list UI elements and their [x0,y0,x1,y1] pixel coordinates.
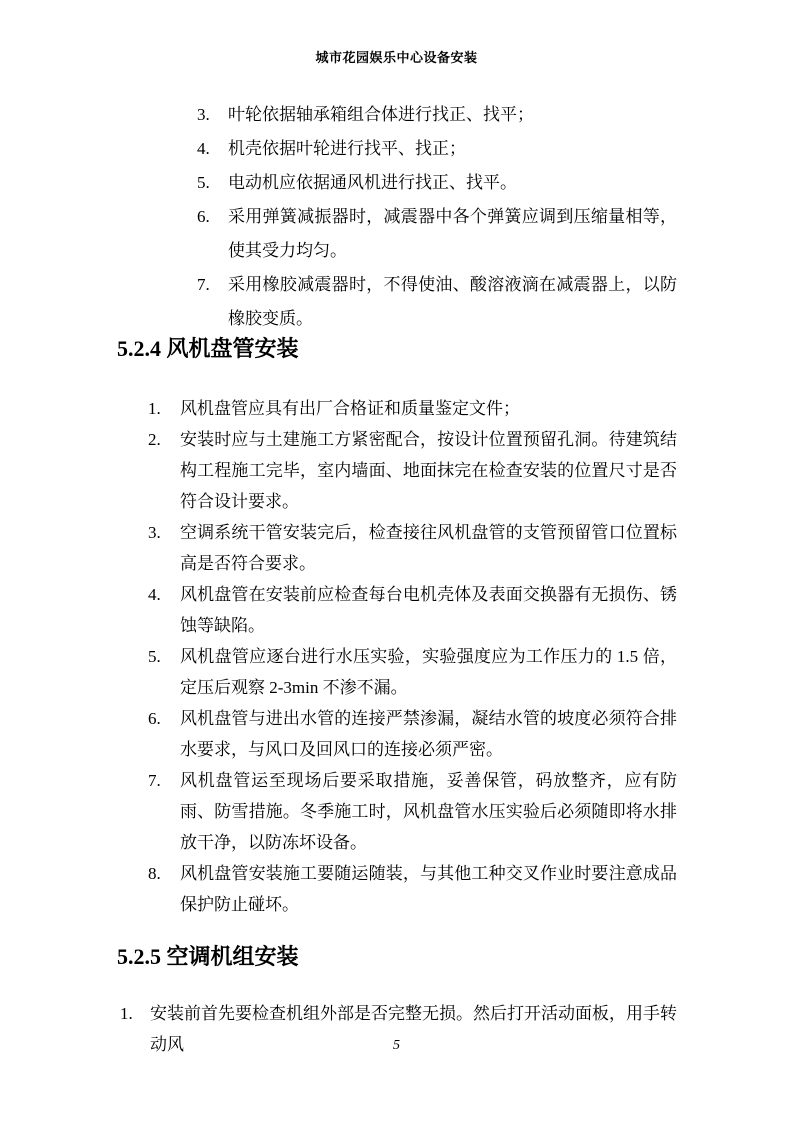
list-item-text: 风机盘管在安装前应检查每台电机壳体及表面交换器有无损伤、锈蚀等缺陷。 [180,579,677,641]
list-item-text: 风机盘管应逐台进行水压实验，实验强度应为工作压力的 1.5 倍，定压后观察 2-… [180,641,677,703]
list-item-number: 1. [120,998,150,1029]
list-item: 6. 采用弹簧减振器时，减震器中各个弹簧应调到压缩量相等，使其受力均匀。 [197,200,677,268]
numbered-list-524: 1. 风机盘管应具有出厂合格证和质量鉴定文件； 2. 安装时应与土建施工方紧密配… [148,393,677,920]
list-item-text: 采用橡胶减震器时，不得使油、酸溶液滴在减震器上，以防橡胶变质。 [228,268,677,336]
list-item-number: 7. [148,765,180,796]
list-item-text: 风机盘管运至现场后要采取措施，妥善保管，码放整齐，应有防雨、防雪措施。冬季施工时… [180,765,677,858]
list-item: 2. 安装时应与土建施工方紧密配合，按设计位置预留孔洞。待建筑结构工程施工完毕，… [148,424,677,517]
list-item-number: 1. [148,393,180,424]
list-item-number: 3. [197,98,228,132]
list-item-number: 3. [148,517,180,548]
list-item-number: 7. [197,268,228,302]
list-item: 4. 机壳依据叶轮进行找平、找正； [197,132,677,166]
list-item-text: 风机盘管应具有出厂合格证和质量鉴定文件； [180,393,677,424]
list-item-number: 4. [148,579,180,610]
list-item: 3. 空调系统干管安装完后，检查接往风机盘管的支管预留管口位置标高是否符合要求。 [148,517,677,579]
list-item: 4. 风机盘管在安装前应检查每台电机壳体及表面交换器有无损伤、锈蚀等缺陷。 [148,579,677,641]
list-item-number: 5. [197,166,228,200]
page-header-title: 城市花园娱乐中心设备安装 [0,47,793,66]
list-item: 3. 叶轮依据轴承箱组合体进行找正、找平； [197,98,677,132]
document-page: 城市花园娱乐中心设备安装 3. 叶轮依据轴承箱组合体进行找正、找平； 4. 机壳… [0,0,793,1122]
list-item-text: 安装时应与土建施工方紧密配合，按设计位置预留孔洞。待建筑结构工程施工完毕，室内墙… [180,424,677,517]
list-item-text: 风机盘管安装施工要随运随装，与其他工种交叉作业时要注意成品保护防止碰坏。 [180,858,677,920]
list-item: 7. 采用橡胶减震器时，不得使油、酸溶液滴在减震器上，以防橡胶变质。 [197,268,677,336]
list-item-text: 采用弹簧减振器时，减震器中各个弹簧应调到压缩量相等，使其受力均匀。 [228,200,677,268]
list-item-text: 电动机应依据通风机进行找正、找平。 [228,166,677,200]
list-item-number: 6. [197,200,228,234]
section-heading-525: 5.2.5 空调机组安装 [117,942,299,972]
list-item-text: 空调系统干管安装完后，检查接往风机盘管的支管预留管口位置标高是否符合要求。 [180,517,677,579]
list-item: 6. 风机盘管与进出水管的连接严禁渗漏，凝结水管的坡度必须符合排水要求，与风口及… [148,703,677,765]
list-item: 8. 风机盘管安装施工要随运随装，与其他工种交叉作业时要注意成品保护防止碰坏。 [148,858,677,920]
section-heading-524: 5.2.4 风机盘管安装 [117,334,299,364]
list-item: 1. 风机盘管应具有出厂合格证和质量鉴定文件； [148,393,677,424]
list-item: 5. 风机盘管应逐台进行水压实验，实验强度应为工作压力的 1.5 倍，定压后观察… [148,641,677,703]
list-item-number: 2. [148,424,180,455]
page-number: 5 [0,1038,793,1054]
numbered-list-continuation: 3. 叶轮依据轴承箱组合体进行找正、找平； 4. 机壳依据叶轮进行找平、找正； … [197,98,677,336]
list-item-number: 5. [148,641,180,672]
list-item-number: 6. [148,703,180,734]
list-item-number: 8. [148,858,180,889]
list-item-text: 机壳依据叶轮进行找平、找正； [228,132,677,166]
list-item: 5. 电动机应依据通风机进行找正、找平。 [197,166,677,200]
list-item-number: 4. [197,132,228,166]
list-item: 7. 风机盘管运至现场后要采取措施，妥善保管，码放整齐，应有防雨、防雪措施。冬季… [148,765,677,858]
list-item-text: 风机盘管与进出水管的连接严禁渗漏，凝结水管的坡度必须符合排水要求，与风口及回风口… [180,703,677,765]
list-item-text: 叶轮依据轴承箱组合体进行找正、找平； [228,98,677,132]
